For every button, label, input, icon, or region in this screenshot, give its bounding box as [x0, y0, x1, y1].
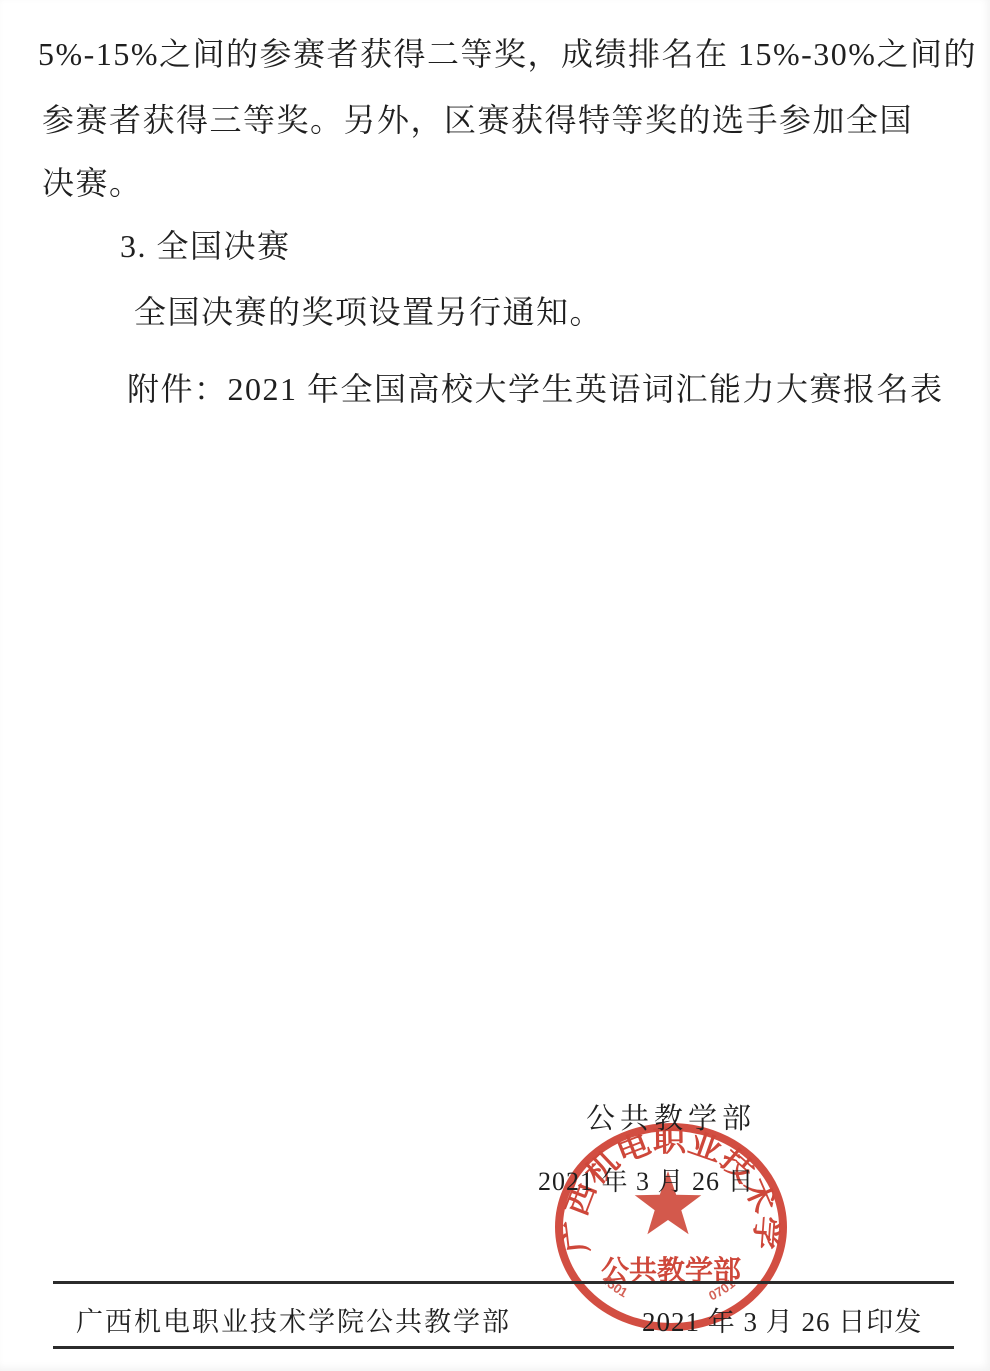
- section-heading: 3. 全国决赛: [120, 221, 291, 267]
- footer-issuer: 广西机电职业技术学院公共教学部: [76, 1300, 511, 1339]
- signature-date: 2021 年 3 月 26 日: [538, 1161, 755, 1198]
- attachment-line: 附件：2021 年全国高校大学生英语词汇能力大赛报名表: [127, 364, 944, 410]
- document-page: 5%-15%之间的参赛者获得二等奖，成绩排名在 15%-30%之间的 参赛者获得…: [0, 0, 990, 1371]
- signature-department: 公共教学部: [586, 1096, 756, 1137]
- footer-print-date: 2021 年 3 月 26 日印发: [642, 1300, 922, 1339]
- body-line: 全国决赛的奖项设置另行通知。: [134, 287, 603, 333]
- body-line: 5%-15%之间的参赛者获得二等奖，成绩排名在 15%-30%之间的: [38, 29, 977, 75]
- footer-rule-top: [53, 1281, 954, 1284]
- body-line: 决赛。: [42, 158, 143, 204]
- footer-rule-bottom: [53, 1346, 954, 1349]
- body-line: 参赛者获得三等奖。另外，区赛获得特等奖的选手参加全国: [42, 95, 913, 141]
